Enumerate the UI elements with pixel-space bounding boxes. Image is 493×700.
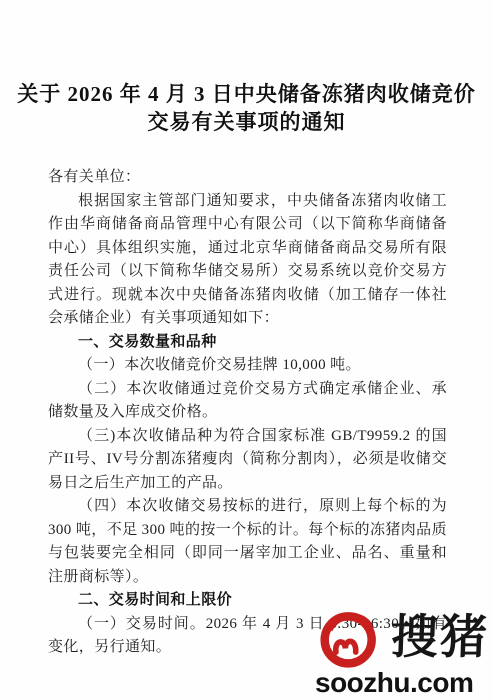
logo-brand-cn: 搜猪 — [390, 615, 490, 662]
paragraph-intro: 根据国家主管部门通知要求，中央储备冻猪肉收储工作由华商储备商品管理中心有限公司（… — [48, 190, 447, 331]
paragraph-item-1-3: （三)本次收储品种为符合国家标准 GB/T9959.2 的国产II号、IV号分割… — [48, 425, 447, 496]
title-line-2: 交易有关事项的通知 — [0, 108, 493, 136]
section-heading-1: 一、交易数量和品种 — [48, 331, 447, 355]
pig-brush-circle-icon — [311, 607, 391, 669]
logo-brand-url: soozhu.com — [311, 670, 491, 696]
soozhu-logo-row: 搜猪 — [311, 607, 491, 669]
paragraph-item-1-4: （四）本次收储交易按标的进行，原则上每个标的为 300 吨，不足 300 吨的按… — [48, 495, 447, 589]
paragraph-item-1-1: （一）本次收储竞价交易挂牌 10,000 吨。 — [48, 354, 447, 378]
soozhu-logo: 搜猪 soozhu.com — [311, 607, 491, 696]
document-title: 关于 2026 年 4 月 3 日中央储备冻猪肉收储竞价 交易有关事项的通知 — [0, 0, 493, 136]
title-line-1: 关于 2026 年 4 月 3 日中央储备冻猪肉收储竞价 — [0, 80, 493, 108]
document-body: 各有关单位： 根据国家主管部门通知要求，中央储备冻猪肉收储工作由华商储备商品管理… — [0, 166, 493, 660]
salutation: 各有关单位： — [48, 166, 447, 190]
document-page: 关于 2026 年 4 月 3 日中央储备冻猪肉收储竞价 交易有关事项的通知 各… — [0, 0, 493, 700]
paragraph-item-1-2: （二）本次收储通过竞价交易方式确定承储企业、承储数量及入库成交价格。 — [48, 378, 447, 425]
